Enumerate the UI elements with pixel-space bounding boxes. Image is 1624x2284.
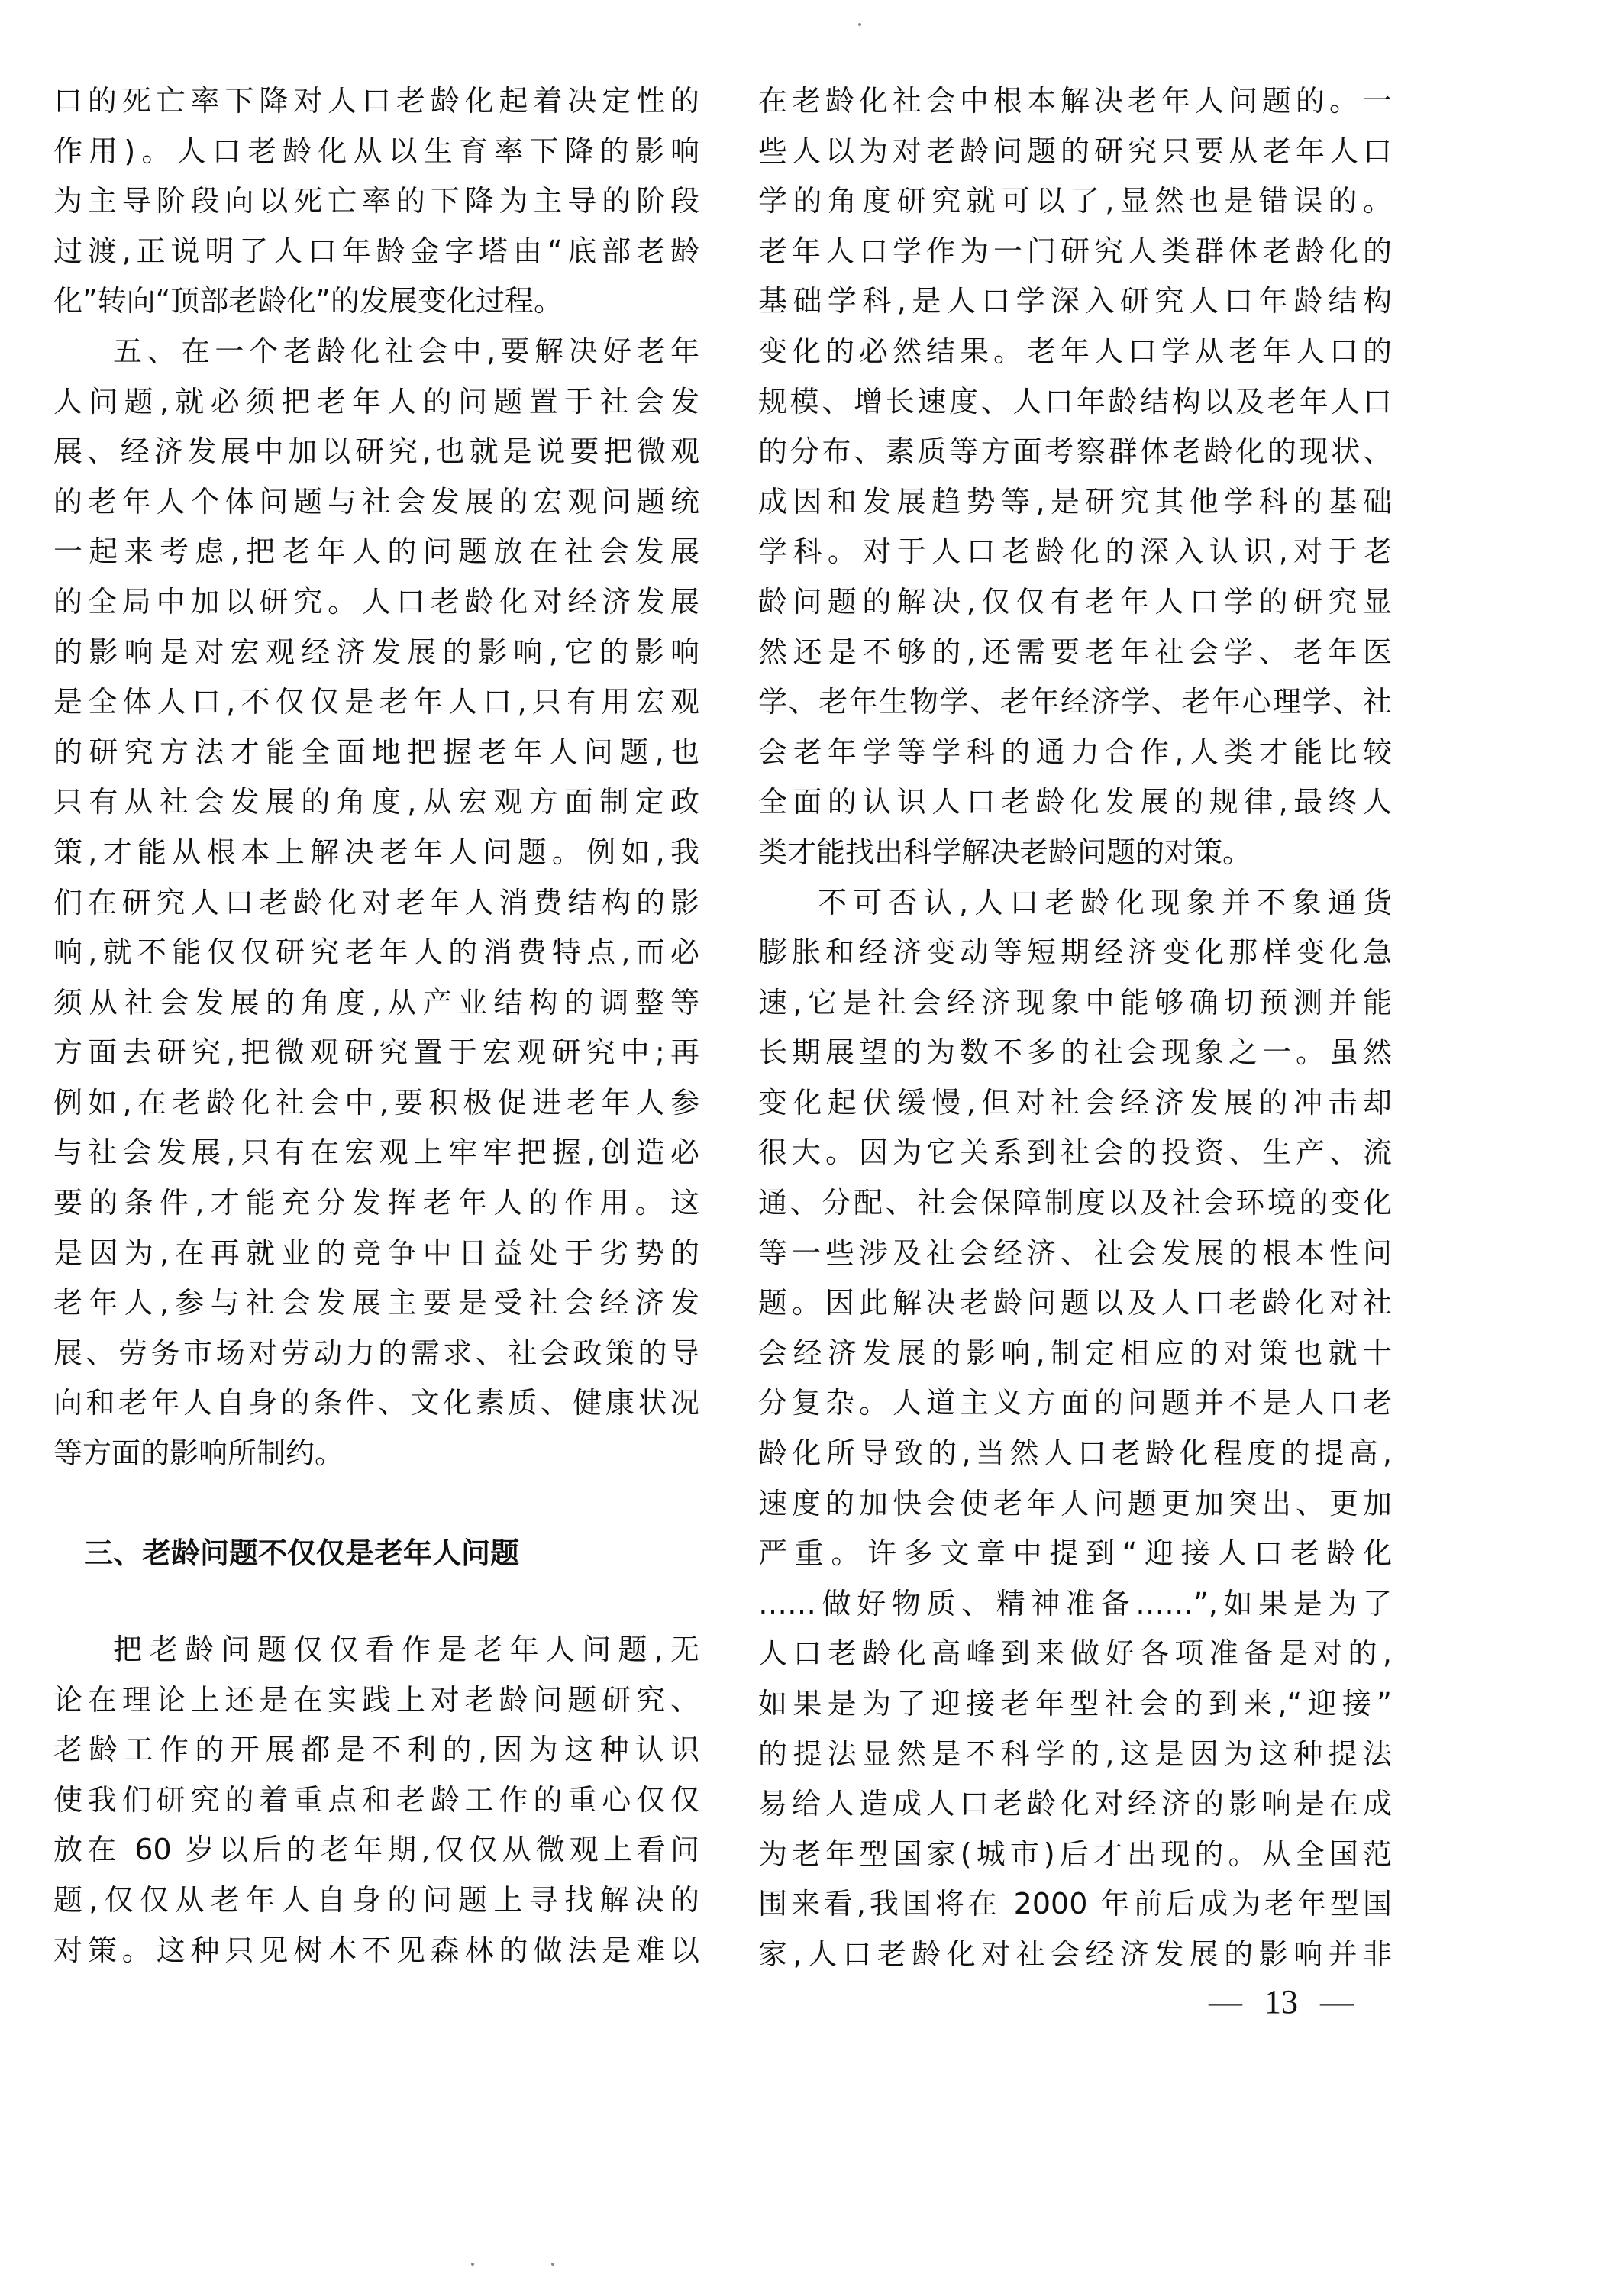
text-line: 等一些涉及社会经济、社会发展的根本性问 — [758, 1238, 1392, 1288]
left-column: 口的死亡率下降对人口老龄化起着决定性的作用)。人口老龄化从以生育率下降的影响为主… — [53, 86, 699, 1488]
text-line: 是全体人口,不仅仅是老年人口,只有用宏观 — [53, 686, 699, 737]
text-line: 围来看,我国将在 2000 年前后成为老年型国 — [758, 1888, 1392, 1939]
text-line: 要的条件,才能充分发挥老年人的作用。这 — [53, 1187, 699, 1238]
text-line: 的全局中加以研究。人口老龄化对经济发展 — [53, 586, 699, 637]
text-line: 作用)。人口老龄化从以生育率下降的影响 — [53, 136, 699, 186]
text-line: 严重。许多文章中提到“迎接人口老龄化 — [758, 1538, 1392, 1588]
scan-speck — [858, 23, 861, 26]
text-line: 对策。这种只见树木不见森林的做法是难以 — [53, 1935, 699, 1985]
text-line: 的影响是对宏观经济发展的影响,它的影响 — [53, 637, 699, 687]
text-line: 展、经济发展中加以研究,也就是说要把微观 — [53, 436, 699, 486]
text-line: 为老年型国家(城市)后才出现的。从全国范 — [758, 1839, 1392, 1889]
text-line: 通、分配、社会保障制度以及社会环境的变化 — [758, 1187, 1392, 1238]
text-line: 等方面的影响所制约。 — [53, 1438, 699, 1488]
text-line: 些人以为对老龄问题的研究只要从老年人口 — [758, 136, 1392, 186]
text-line: 学的角度研究就可以了,显然也是错误的。 — [758, 186, 1392, 236]
scan-speck — [471, 2263, 474, 2266]
text-line: 老龄工作的开展都是不利的,因为这种认识 — [53, 1734, 699, 1785]
text-line: 如果是为了迎接老年型社会的到来,“迎接” — [758, 1688, 1392, 1739]
text-line: 分复杂。人道主义方面的问题并不是人口老 — [758, 1388, 1392, 1438]
text-line: 方面去研究,把微观研究置于宏观研究中;再 — [53, 1037, 699, 1087]
text-line: 学、老年生物学、老年经济学、老年心理学、社 — [758, 686, 1392, 737]
text-line: 只有从社会发展的角度,从宏观方面制定政 — [53, 787, 699, 837]
text-line: 全面的认识人口老龄化发展的规律,最终人 — [758, 787, 1392, 837]
text-line: ……做好物质、精神准备……”,如果是为了 — [758, 1588, 1392, 1639]
text-line: 膨胀和经济变动等短期经济变化那样变化急 — [758, 937, 1392, 987]
text-line: 是因为,在再就业的竞争中日益处于劣势的 — [53, 1238, 699, 1288]
text-line: 变化起伏缓慢,但对社会经济发展的冲击却 — [758, 1087, 1392, 1138]
text-line: 家,人口老龄化对社会经济发展的影响并非 — [758, 1939, 1392, 1989]
text-line: 论在理论上还是在实践上对老龄问题研究、 — [53, 1685, 699, 1735]
text-line: 的研究方法才能全面地把握老年人问题,也 — [53, 737, 699, 787]
text-line: 人口老龄化高峰到来做好各项准备是对的, — [758, 1638, 1392, 1688]
text-line: 变化的必然结果。老年人口学从老年人口的 — [758, 336, 1392, 386]
text-line: 基础学科,是人口学深入研究人口年龄结构 — [758, 286, 1392, 336]
text-line: 的提法显然是不科学的,这是因为这种提法 — [758, 1739, 1392, 1789]
text-line: 响,就不能仅仅研究老年人的消费特点,而必 — [53, 937, 699, 987]
text-line: 策,才能从根本上解决老年人问题。例如,我 — [53, 837, 699, 887]
text-line: 为主导阶段向以死亡率的下降为主导的阶段 — [53, 186, 699, 236]
text-line: 类才能找出科学解决老龄问题的对策。 — [758, 837, 1392, 887]
text-line: 速,它是社会经济现象中能够确切预测并能 — [758, 987, 1392, 1038]
text-line: 规模、增长速度、人口年龄结构以及老年人口 — [758, 386, 1392, 437]
text-line: 的老年人个体问题与社会发展的宏观问题统 — [53, 486, 699, 537]
text-line: 题。因此解决老龄问题以及人口老龄化对社 — [758, 1287, 1392, 1338]
text-line: 一起来考虑,把老年人的问题放在社会发展 — [53, 536, 699, 586]
text-line: 老年人,参与社会发展主要是受社会经济发 — [53, 1287, 699, 1338]
text-line: 口的死亡率下降对人口老龄化起着决定性的 — [53, 86, 699, 136]
text-line: 速度的加快会使老年人问题更加突出、更加 — [758, 1488, 1392, 1539]
text-line: 与社会发展,只有在宏观上牢牢把握,创造必 — [53, 1137, 699, 1187]
text-line: 人问题,就必须把老年人的问题置于社会发 — [53, 386, 699, 437]
page-number: — 13 — — [1209, 1985, 1354, 2019]
left-column-lower: 把老龄问题仅仅看作是老年人问题,无论在理论上还是在实践上对老龄问题研究、老龄工作… — [53, 1634, 699, 1985]
text-line: 然还是不够的,还需要老年社会学、老年医 — [758, 637, 1392, 687]
text-line: 们在研究人口老龄化对老年人消费结构的影 — [53, 887, 699, 938]
text-line: 易给人造成人口老龄化对经济的影响是在成 — [758, 1788, 1392, 1839]
text-line: 会老年学等学科的通力合作,人类才能比较 — [758, 737, 1392, 787]
text-line: 五、在一个老龄化社会中,要解决好老年 — [53, 336, 699, 386]
text-line: 会经济发展的影响,制定相应的对策也就十 — [758, 1338, 1392, 1388]
text-line: 向和老年人自身的条件、文化素质、健康状况 — [53, 1388, 699, 1438]
scan-speck — [551, 2263, 554, 2266]
text-line: 展、劳务市场对劳动力的需求、社会政策的导 — [53, 1338, 699, 1388]
text-line: 老年人口学作为一门研究人类群体老龄化的 — [758, 236, 1392, 286]
text-line: 成因和发展趋势等,是研究其他学科的基础 — [758, 486, 1392, 537]
text-line: 学科。对于人口老龄化的深入认识,对于老 — [758, 536, 1392, 586]
text-line: 不可否认,人口老龄化现象并不象通货 — [758, 887, 1392, 938]
text-line: 化”转向“顶部老龄化”的发展变化过程。 — [53, 286, 699, 336]
right-column: 在老龄化社会中根本解决老年人问题的。一些人以为对老龄问题的研究只要从老年人口学的… — [758, 86, 1392, 1989]
text-line: 很大。因为它关系到社会的投资、生产、流 — [758, 1137, 1392, 1187]
text-line: 放在 60 岁以后的老年期,仅仅从微观上看问 — [53, 1834, 699, 1885]
text-line: 须从社会发展的角度,从产业结构的调整等 — [53, 987, 699, 1038]
text-line: 龄化所导致的,当然人口老龄化程度的提高, — [758, 1438, 1392, 1488]
text-line: 题,仅仅从老年人自身的问题上寻找解决的 — [53, 1885, 699, 1935]
text-line: 的分布、素质等方面考察群体老龄化的现状、 — [758, 436, 1392, 486]
text-line: 龄问题的解决,仅仅有老年人口学的研究显 — [758, 586, 1392, 637]
text-line: 把老龄问题仅仅看作是老年人问题,无 — [53, 1634, 699, 1685]
text-line: 长期展望的为数不多的社会现象之一。虽然 — [758, 1037, 1392, 1087]
text-line: 在老龄化社会中根本解决老年人问题的。一 — [758, 86, 1392, 136]
text-line: 例如,在老龄化社会中,要积极促进老年人参 — [53, 1087, 699, 1138]
text-line: 使我们研究的着重点和老龄工作的重心仅仅 — [53, 1785, 699, 1835]
text-line: 过渡,正说明了人口年龄金字塔由“底部老龄 — [53, 236, 699, 286]
section-heading: 三、老龄问题不仅仅是老年人问题 — [84, 1536, 519, 1570]
